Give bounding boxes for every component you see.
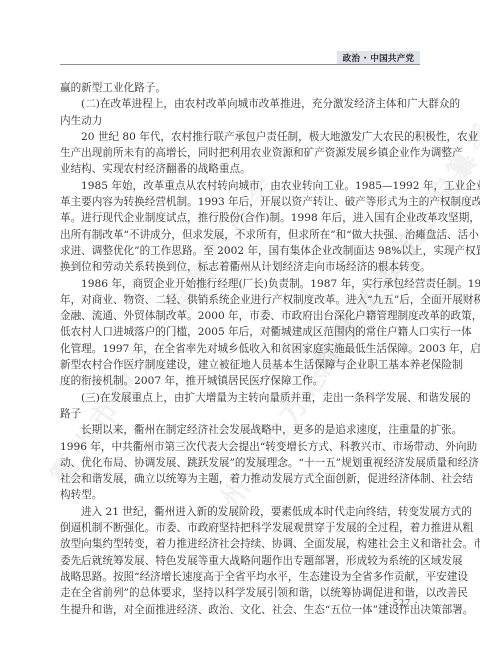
text-line: 动、优化布局、协调发展、跳跃发展”的发展理念。“十一五”规划重视经济发展质量和经… <box>60 455 418 471</box>
text-line: 20 世纪 80 年代，农村推行联产承包户责任制，极大地激发广大农民的积极性，农… <box>60 129 418 145</box>
body-text: 赢的新型工业化路子。(二)在改革进程上，由农村改革向城市改革推进，充分激发经济主… <box>60 80 418 618</box>
page-number: · 527 · <box>380 598 424 609</box>
text-line: 赢的新型工业化路子。 <box>60 80 418 96</box>
document-page: 衢州市地方志编纂委员会 衢州市地方志编纂委员会 衢州市地方志编纂委员会 政治 ·… <box>0 0 480 655</box>
text-line: 革主要内容为转换经营机制。1993 年后，开展以资产转让、破产等形式为主的产权制… <box>60 194 418 210</box>
text-line: 生产出现前所未有的高增长，同时把利用农业资源和矿产资源发展乡镇企业作为调整产 <box>60 145 418 161</box>
text-line: 委先后就统筹发展、特色发展等重大战略问题作出专题部署，形成较为系统的区域发展 <box>60 553 418 569</box>
text-line: 生提升和谐，对全面推进经济、政治、文化、社会、生态“五位一体”建设作出决策部署。 <box>60 602 418 618</box>
text-line: 度的衔接机制。2007 年，推开城镇居民医疗保障工作。 <box>60 373 418 389</box>
text-line: 内生动力 <box>60 113 418 129</box>
text-line: 社会和谐发展，确立以统筹为主题，着力推动发展方式全面创新，促进经济体制、社会结 <box>60 471 418 487</box>
text-line: 放型向集约型转变，着力推进经济社会持续、协调、全面发展，构建社会主义和谐社会。市 <box>60 536 418 552</box>
text-line: 战略思路。按照“经济增长速度高于全省平均水平，生态建设为全省多作贡献，平安建设 <box>60 569 418 585</box>
text-line: 路子 <box>60 406 418 422</box>
text-line: 走在全省前列”的总体要求，坚持以科学发展引领和谐，以统筹协调促进和谐，以改善民 <box>60 585 418 601</box>
text-line: 构转型。 <box>60 487 418 503</box>
section-header-label: 政治 · 中国共产党 <box>337 51 420 65</box>
text-line: 换到位和劳动关系转换到位，标志着衢州从计划经济走向市场经济的根本转变。 <box>60 259 418 275</box>
text-line: 低农村人口进城落户的门槛，2005 年后，对衢城建成区范围内的常住户籍人口实行一… <box>60 324 418 340</box>
text-line: 金融、流通、外贸体制改革。2000 年，市委、市政府出台深化户籍管理制度改革的政… <box>60 308 418 324</box>
text-line: 1996 年，中共衢州市第三次代表大会提出“转变增长方式、科教兴市、市场带动、外… <box>60 439 418 455</box>
header-divider <box>60 64 420 65</box>
text-line: 年，对商业、物资、二轻、供销系统企业进行产权制度改革。进入“九五”后，全面开展财… <box>60 292 418 308</box>
text-line: 出所有制改革“不讲成分，但求发展，不求所有，但求所在”和“做大扶强、治瘫盘活、活… <box>60 227 418 243</box>
text-line: 化管理。1997 年，在全省率先对城乡低收入和贫困家庭实施最低生活保障。2003… <box>60 341 418 357</box>
text-line: 求进、调整优化”的工作思路。至 2002 年，国有集体企业改制面达 98%以上，… <box>60 243 418 259</box>
text-line: 倒逼机制不断强化。市委、市政府坚持把科学发展观贯穿于发展的全过程，着力推进从粗 <box>60 520 418 536</box>
text-line: (二)在改革进程上，由农村改革向城市改革推进，充分激发经济主体和广大群众的 <box>60 96 418 112</box>
text-line: 1986 年，商贸企业开始推行经理(厂长)负责制。1987 年，实行承包经营责任… <box>60 276 418 292</box>
text-line: 新型农村合作医疗制度建设，建立被征地人员基本生活保障与企业职工基本养老保险制 <box>60 357 418 373</box>
text-line: 进入 21 世纪，衢州进入新的发展阶段，要素低成本时代走向终结，转变发展方式的 <box>60 504 418 520</box>
text-line: 长期以来，衢州在制定经济社会发展战略中，更多的是追求速度，注重量的扩张。 <box>60 422 418 438</box>
text-line: (三)在发展重点上，由扩大增量为主转向量质并重，走出一条科学发展、和谐发展的 <box>60 390 418 406</box>
text-line: 革。进行现代企业制度试点，推行股份(合作)制。1998 年后，进入国有企业改革攻… <box>60 210 418 226</box>
text-line: 1985 年始，改革重点从农村转向城市，由农业转向工业。1985—1992 年，… <box>60 178 418 194</box>
text-line: 业结构、实现农村经济翻番的战略重点。 <box>60 161 418 177</box>
